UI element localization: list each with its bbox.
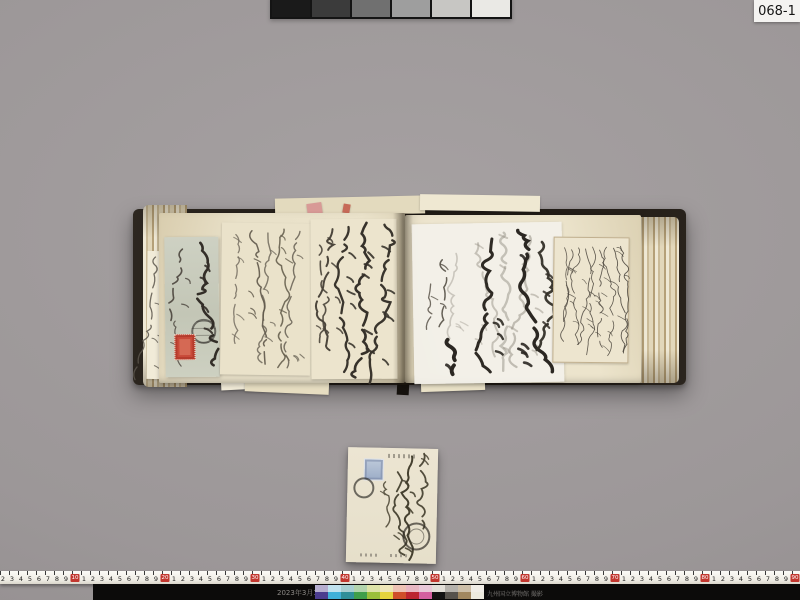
handwriting-stroke <box>531 294 538 297</box>
handwriting-stroke <box>275 229 291 367</box>
ruler-digit: 9 <box>694 575 698 583</box>
handwriting-stroke <box>447 365 452 370</box>
color-chart-column <box>419 585 432 599</box>
ruler-digit: 8 <box>145 575 149 583</box>
color-chart-column <box>445 585 458 599</box>
color-patch <box>315 585 328 592</box>
handwriting-columns <box>412 222 565 385</box>
ruler-digit: 8 <box>775 575 779 583</box>
color-patch <box>328 592 341 599</box>
grayscale-patch <box>472 0 510 17</box>
handwriting-stroke <box>460 322 468 326</box>
ruler-digit: 6 <box>127 575 131 583</box>
handwriting-stroke <box>347 291 354 295</box>
handwriting-stroke <box>426 284 433 329</box>
ruler-digit: 5 <box>118 575 122 583</box>
color-patch <box>354 585 367 592</box>
color-patch <box>471 585 484 592</box>
handwriting-stroke <box>446 340 455 379</box>
color-patch <box>367 592 380 599</box>
color-patch <box>367 585 380 592</box>
ruler-digit: 4 <box>199 575 203 583</box>
ruler-digit: 4 <box>649 575 653 583</box>
handwriting-stroke <box>248 231 268 364</box>
handwriting-stroke <box>618 316 625 320</box>
color-chart-column <box>458 585 471 599</box>
ruler-decade-label: 90 <box>791 574 800 582</box>
color-chart-column <box>406 585 419 599</box>
handwriting-stroke <box>570 248 580 349</box>
color-patch <box>354 592 367 599</box>
handwritten-postcard <box>346 447 438 564</box>
handwriting-stroke <box>496 351 503 355</box>
handwriting-stroke <box>182 304 189 307</box>
ruler-digit: 5 <box>658 575 662 583</box>
color-patch <box>445 585 458 592</box>
color-chart-column <box>354 585 367 599</box>
ruler-digit: 1 <box>262 575 266 583</box>
handwriting-stroke <box>587 319 593 322</box>
handwriting-stroke <box>383 359 388 364</box>
ruler-digit: 4 <box>469 575 473 583</box>
ruler-decade-label: 80 <box>701 574 710 582</box>
handwriting-stroke <box>168 249 183 320</box>
handwriting-stroke <box>337 328 343 333</box>
ruler-digit: 9 <box>154 575 158 583</box>
ruler-digit: 6 <box>577 575 581 583</box>
color-chart-column <box>432 585 445 599</box>
ruler-digit: 1 <box>352 575 356 583</box>
handwriting-columns <box>220 222 312 375</box>
handwriting-stroke <box>438 260 448 327</box>
color-patch <box>328 585 341 592</box>
handwriting-stroke <box>368 252 373 258</box>
ruler-digit: 3 <box>10 575 14 583</box>
ruler-digit: 8 <box>55 575 59 583</box>
handwriting-stroke <box>612 248 629 353</box>
handwriting-stroke <box>522 344 528 349</box>
ruler-digit: 7 <box>136 575 140 583</box>
handwriting-stroke <box>263 289 268 293</box>
red-postage-stamp-icon <box>174 334 195 360</box>
ruler-digit: 6 <box>37 575 41 583</box>
ruler-digit: 3 <box>370 575 374 583</box>
ruler-digit: 4 <box>19 575 23 583</box>
handwriting-stroke <box>316 326 320 329</box>
ruler-digit: 2 <box>451 575 455 583</box>
ruler-digit: 2 <box>631 575 635 583</box>
ruler-digit: 8 <box>235 575 239 583</box>
handwriting-stroke <box>186 278 191 283</box>
ruler-digit: 2 <box>1 575 5 583</box>
ruler-digit: 3 <box>460 575 464 583</box>
handwriting-stroke <box>300 354 304 358</box>
ruler-digit: 5 <box>298 575 302 583</box>
ruler-digit: 5 <box>28 575 32 583</box>
ruler-digit: 6 <box>307 575 311 583</box>
archival-photograph: 068-1 <box>0 0 800 600</box>
color-chart-column <box>315 585 328 599</box>
ruler-digit: 1 <box>622 575 626 583</box>
ruler-digit: 6 <box>757 575 761 583</box>
handwriting-stroke <box>536 308 543 313</box>
color-patch <box>458 585 471 592</box>
color-patch <box>419 592 432 599</box>
ruler-digit: 9 <box>604 575 608 583</box>
ruler-digit: 8 <box>685 575 689 583</box>
ruler-digit: 2 <box>361 575 365 583</box>
ruler-digit: 1 <box>172 575 176 583</box>
ruler-digit: 6 <box>487 575 491 583</box>
handwriting-stroke <box>597 250 604 347</box>
handwriting-columns <box>310 219 397 380</box>
pasted-letter-sheet <box>310 219 397 380</box>
ruler-digit: 4 <box>379 575 383 583</box>
handwriting-stroke <box>349 253 355 258</box>
color-patch <box>432 585 445 592</box>
ruler-digit: 8 <box>505 575 509 583</box>
ruler-digit: 1 <box>82 575 86 583</box>
ruler-decade-label: 60 <box>521 574 530 582</box>
handwriting-stroke <box>284 231 300 368</box>
ruler-digit: 4 <box>109 575 113 583</box>
handwriting-stroke <box>383 482 391 527</box>
ruler-decade-label: 70 <box>611 574 620 582</box>
handwriting-stroke <box>336 297 341 303</box>
color-patch <box>380 585 393 592</box>
ruler-digit: 1 <box>442 575 446 583</box>
handwriting-stroke <box>602 247 616 356</box>
pasted-translucent-letter <box>412 222 565 385</box>
color-chart-column <box>328 585 341 599</box>
ruler-digit: 8 <box>325 575 329 583</box>
ruler-digit: 4 <box>559 575 563 583</box>
ruler-digit: 7 <box>316 575 320 583</box>
ruler-digit: 9 <box>334 575 338 583</box>
ruler-digit: 9 <box>514 575 518 583</box>
handwriting-stroke <box>611 282 618 287</box>
ruler-digit: 5 <box>478 575 482 583</box>
ruler-digit: 7 <box>46 575 50 583</box>
photo-label: 068-1 <box>754 0 800 22</box>
ruler-digit: 3 <box>730 575 734 583</box>
open-scrapbook-album <box>125 193 690 408</box>
handwriting-stroke <box>249 291 254 297</box>
loose-page-edge <box>420 194 540 212</box>
grayscale-calibration-bar <box>270 0 512 19</box>
handwriting-stroke <box>270 322 275 326</box>
ruler-digit: 7 <box>676 575 680 583</box>
ruler-digit: 9 <box>784 575 788 583</box>
handwriting-stroke <box>286 259 293 263</box>
measurement-ruler: 2345678910123456789201234567893012345678… <box>0 571 800 584</box>
ruler-digit: 2 <box>721 575 725 583</box>
ruler-digit: 1 <box>532 575 536 583</box>
handwriting-stroke <box>603 346 609 352</box>
ruler-digit: 7 <box>496 575 500 583</box>
ruler-digit: 9 <box>244 575 248 583</box>
pasted-envelope <box>164 237 219 378</box>
handwriting-stroke <box>152 338 158 342</box>
album-gutter-shadow <box>393 213 413 385</box>
ruler-digit: 5 <box>208 575 212 583</box>
color-patch <box>341 592 354 599</box>
handwriting-stroke <box>297 255 303 258</box>
grayscale-patch <box>312 0 350 17</box>
ruler-decade-label: 50 <box>431 574 440 582</box>
handwriting-stroke <box>524 362 531 366</box>
ruler-digit: 2 <box>541 575 545 583</box>
printed-footer-marks <box>360 553 378 556</box>
grayscale-patch <box>432 0 470 17</box>
handwriting-stroke <box>349 343 355 347</box>
color-calibration-chart <box>315 585 484 599</box>
ruler-digit: 4 <box>289 575 293 583</box>
ruler-digit: 5 <box>388 575 392 583</box>
color-chart-column <box>471 585 484 599</box>
ruler-digit: 3 <box>190 575 194 583</box>
grayscale-patch <box>392 0 430 17</box>
handwriting-stroke <box>281 235 285 240</box>
handwriting-stroke <box>351 304 356 309</box>
handwriting-stroke <box>601 312 608 316</box>
ruler-digit: 3 <box>280 575 284 583</box>
color-chart-column <box>393 585 406 599</box>
ruler-decade-label: 30 <box>251 574 260 582</box>
handwriting-stroke <box>197 243 219 366</box>
ruler-digit: 7 <box>586 575 590 583</box>
handwriting-columns <box>553 238 628 363</box>
ruler-digit: 3 <box>100 575 104 583</box>
handwriting-stroke <box>625 275 630 278</box>
color-patch <box>445 592 458 599</box>
ruler-digit: 2 <box>181 575 185 583</box>
ruler-digit: 5 <box>568 575 572 583</box>
ruler-decade-label: 10 <box>71 574 80 582</box>
ruler-digit: 1 <box>712 575 716 583</box>
ruler-digit: 6 <box>217 575 221 583</box>
ruler-decade-label: 20 <box>161 574 170 582</box>
ruler-digit: 2 <box>91 575 95 583</box>
color-patch <box>406 592 419 599</box>
handwriting-stroke <box>237 314 244 320</box>
pasted-letter-sheet <box>220 222 312 375</box>
ruler-digit: 5 <box>748 575 752 583</box>
color-patch <box>471 592 484 599</box>
handwriting-stroke <box>521 255 526 260</box>
handwriting-stroke <box>233 235 239 347</box>
ruler-digit: 3 <box>640 575 644 583</box>
handwriting-stroke <box>588 324 593 328</box>
handwriting-stroke <box>474 239 495 379</box>
ruler-digit: 9 <box>424 575 428 583</box>
ruler-digit: 3 <box>550 575 554 583</box>
handwriting-stroke <box>582 279 586 284</box>
color-patch <box>432 592 445 599</box>
ruler-digit: 8 <box>595 575 599 583</box>
handwriting-stroke <box>416 454 428 534</box>
handwriting-stroke <box>394 535 399 539</box>
handwriting-stroke <box>587 247 596 355</box>
ruler-digit: 7 <box>226 575 230 583</box>
ruler-decade-label: 40 <box>341 574 350 582</box>
color-patch <box>393 592 406 599</box>
capture-credit: 九州国立博物館 撮影 <box>487 589 543 598</box>
pasted-note-card <box>552 237 629 364</box>
handwriting-stroke <box>601 293 607 297</box>
color-patch <box>315 592 328 599</box>
color-patch <box>380 592 393 599</box>
ruler-digit: 6 <box>397 575 401 583</box>
ruler-digit: 7 <box>406 575 410 583</box>
grayscale-patch <box>272 0 310 17</box>
color-patch <box>393 585 406 592</box>
ruler-digit: 7 <box>766 575 770 583</box>
color-chart-column <box>380 585 393 599</box>
capture-info-strip: 2023年3月1日 九州国立博物館 撮影 <box>93 584 800 600</box>
handwriting-stroke <box>410 492 415 496</box>
handwriting-stroke <box>431 296 438 300</box>
handwriting-stroke <box>446 254 458 339</box>
color-chart-column <box>341 585 354 599</box>
handwriting-stroke <box>254 259 261 262</box>
handwriting-stroke <box>281 248 286 254</box>
handwriting-stroke <box>347 277 353 282</box>
handwriting-stroke <box>335 227 350 372</box>
handwriting-stroke <box>577 249 591 345</box>
ruler-digit: 6 <box>667 575 671 583</box>
color-patch <box>419 585 432 592</box>
color-patch <box>458 592 471 599</box>
handwriting-stroke <box>350 223 370 378</box>
printed-footer-marks <box>390 554 410 557</box>
color-patch <box>406 585 419 592</box>
color-chart-column <box>367 585 380 599</box>
grayscale-patch <box>352 0 390 17</box>
ruler-digit: 2 <box>271 575 275 583</box>
ruler-digit: 9 <box>64 575 68 583</box>
handwriting-stroke <box>332 263 337 268</box>
color-patch <box>341 585 354 592</box>
ruler-digit: 8 <box>415 575 419 583</box>
ruler-digit: 4 <box>739 575 743 583</box>
